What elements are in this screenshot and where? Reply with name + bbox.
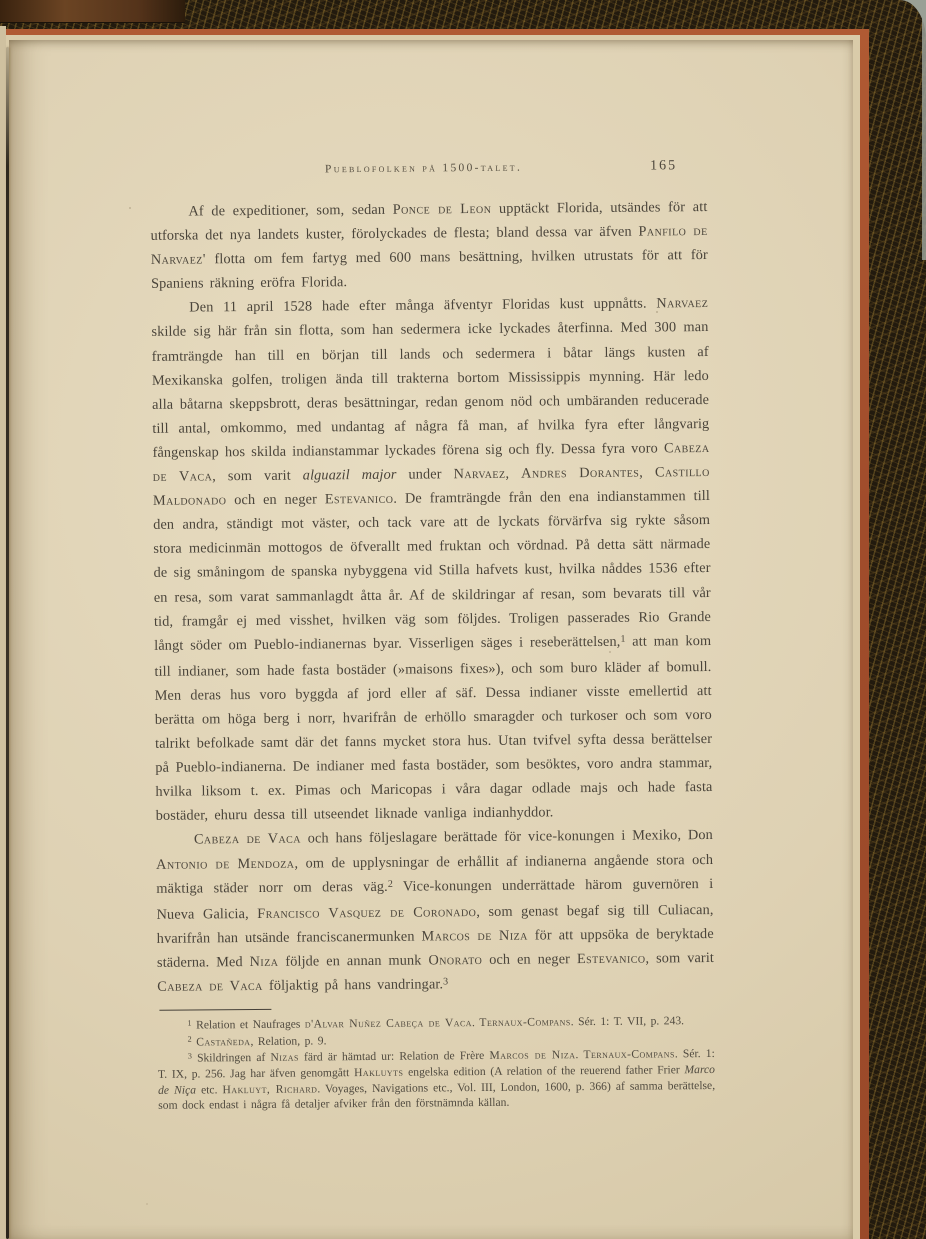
text-run: Relation et Naufrages bbox=[192, 1018, 305, 1032]
small-caps-name: d'Alvar Nuñez Cabeça de Vaca bbox=[305, 1016, 472, 1030]
paragraph-3: Cabeza de Vaca och hans följeslagare ber… bbox=[156, 823, 714, 1001]
footnote-ref: 3 bbox=[443, 976, 448, 987]
footnote-ref: 2 bbox=[188, 1035, 192, 1044]
body-text: Af de expeditioner, som, sedan Ponce de … bbox=[150, 195, 714, 1001]
footnote-3: 3 Skildringen af Nizas färd är hämtad ur… bbox=[158, 1046, 716, 1113]
paragraph-2: Den 11 april 1528 hade efter många äfven… bbox=[151, 291, 713, 828]
footnote-ref: 1 bbox=[620, 634, 625, 645]
book-scan: Pueblofolken på 1500-talet. 165 Af de ex… bbox=[0, 0, 926, 1239]
small-caps-name: Ponce de Leon bbox=[393, 201, 492, 218]
text-run: . De framträngde från den ena indianstam… bbox=[153, 488, 711, 653]
text-run: , bbox=[639, 464, 655, 480]
text-run: följde en annan munk bbox=[278, 952, 428, 969]
page-number: 165 bbox=[650, 158, 677, 174]
text-run: Den 11 april 1528 hade efter många äfven… bbox=[189, 296, 656, 316]
background-sliver bbox=[922, 0, 926, 260]
text-run: , som varit bbox=[212, 468, 303, 485]
small-caps-name: Onorato bbox=[428, 952, 482, 968]
small-caps-name: Narvaez bbox=[656, 295, 708, 311]
text-run: etc. bbox=[196, 1083, 223, 1096]
small-caps-name: Nizas bbox=[270, 1051, 299, 1064]
gutter-crease bbox=[6, 47, 9, 1239]
small-caps-name: Marcos de Niza bbox=[489, 1048, 575, 1062]
small-caps-name: Niza bbox=[250, 954, 279, 970]
text-run: . bbox=[472, 1016, 480, 1029]
small-caps-name: Castañeda bbox=[196, 1035, 250, 1048]
small-caps-name: Hakluyt, Richard bbox=[222, 1082, 317, 1096]
small-caps-name: Francisco Vasquez de Coronado bbox=[257, 904, 476, 922]
footnote-rule bbox=[159, 1009, 271, 1011]
text-run: . bbox=[575, 1048, 583, 1061]
page-header: Pueblofolken på 1500-talet. 165 bbox=[150, 160, 707, 191]
text-block: Pueblofolken på 1500-talet. 165 Af de ex… bbox=[150, 160, 715, 1113]
text-run: . Sér. 1: T. VII, p. 243. bbox=[571, 1014, 684, 1028]
text-run: Af de expeditioner, som, sedan bbox=[188, 202, 392, 220]
small-caps-name: Andres Dorantes bbox=[521, 465, 639, 482]
footnote-ref: 1 bbox=[187, 1019, 191, 1028]
text-run: och hans följeslagare berättade för vice… bbox=[301, 827, 713, 847]
text-run: skilde sig här från sin flotta, som han … bbox=[151, 319, 709, 460]
small-caps-name: Ternaux-Compans bbox=[583, 1047, 674, 1061]
small-caps-name: Antonio de Mendoza bbox=[156, 855, 294, 872]
footnote-ref: 2 bbox=[388, 879, 393, 890]
small-caps-name: Hakluyts bbox=[354, 1066, 403, 1079]
text-run: , Relation, p. 9. bbox=[250, 1034, 326, 1048]
text-run: att man kom till indianer, som hade fast… bbox=[154, 633, 712, 825]
small-caps-name: Narvaez bbox=[453, 466, 505, 482]
small-caps-name: Marcos de Niza bbox=[421, 927, 527, 944]
text-run: färd är hämtad ur: Relation de Frère bbox=[299, 1049, 490, 1064]
small-caps-name: Estevanico bbox=[577, 950, 646, 967]
italic-term: alguazil major bbox=[303, 467, 397, 484]
text-run: engelska edition (A relation of the reue… bbox=[403, 1064, 684, 1079]
footnote-ref: 3 bbox=[188, 1051, 192, 1060]
text-run: flotta om fem fartyg med 600 mans besätt… bbox=[151, 247, 708, 292]
text-run: och en neger bbox=[482, 951, 577, 968]
small-caps-name: Cabeza de Vaca bbox=[194, 831, 301, 848]
small-caps-name: Estevanico bbox=[325, 491, 394, 508]
text-run: , som varit bbox=[645, 950, 714, 967]
spine-cap bbox=[0, 0, 185, 23]
text-run: , bbox=[505, 466, 521, 482]
small-caps-name: Ternaux-Compans bbox=[479, 1015, 570, 1029]
text-run: följaktig på hans vandringar. bbox=[263, 976, 443, 994]
footnotes: 1 Relation et Naufrages d'Alvar Nuñez Ca… bbox=[157, 1013, 715, 1113]
paragraph-1: Af de expeditioner, som, sedan Ponce de … bbox=[150, 195, 708, 296]
text-run: Skildringen af bbox=[192, 1051, 271, 1065]
text-run: under bbox=[396, 466, 453, 482]
text-run: och en neger bbox=[226, 491, 325, 508]
small-caps-name: Cabeza de Vaca bbox=[157, 978, 263, 995]
